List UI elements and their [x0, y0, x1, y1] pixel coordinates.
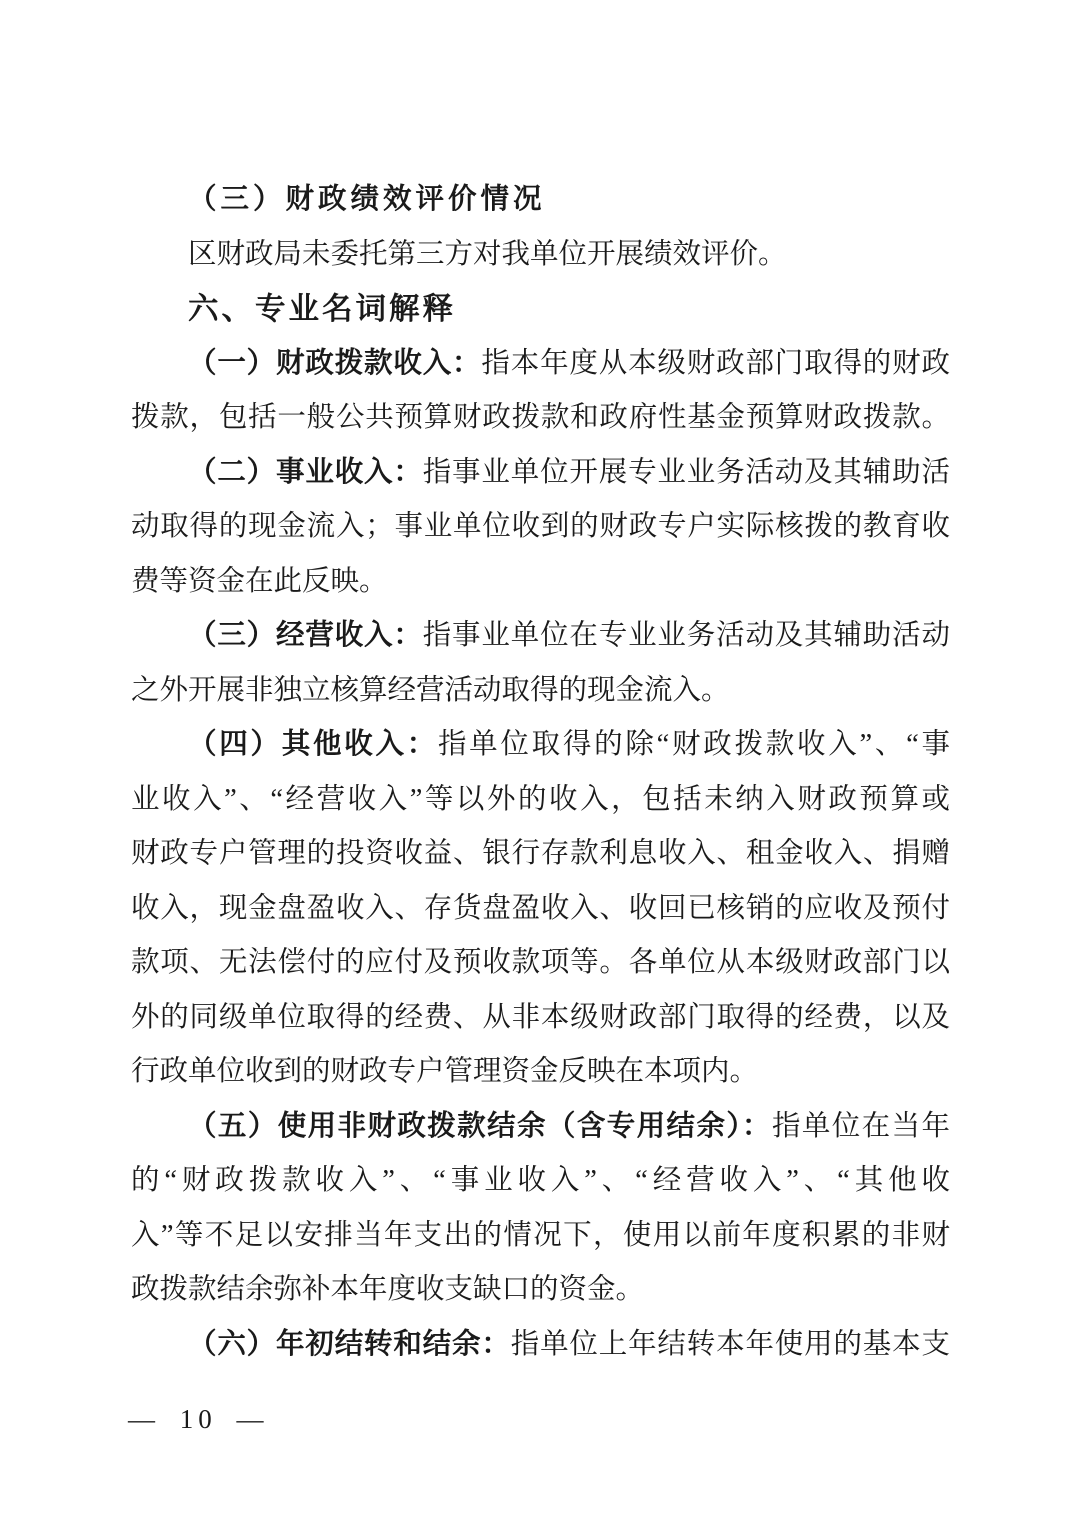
text-line: （五）使用非财政拨款结余（含专用结余）：指单位在当年 [131, 1100, 950, 1155]
document-page: （三）财政绩效评价情况区财政局未委托第三方对我单位开展绩效评价。六、专业名词解释… [0, 0, 1075, 1520]
text-line: 区财政局未委托第三方对我单位开展绩效评价。 [131, 228, 950, 283]
text-line: （二）事业收入：指事业单位开展专业业务活动及其辅助活 [131, 446, 950, 501]
definition-paragraph: （六）年初结转和结余：指单位上年结转本年使用的基本支 [131, 1318, 950, 1373]
text-line: 拨款，包括一般公共预算财政拨款和政府性基金预算财政拨款。 [131, 391, 950, 446]
text-run: 指单位上年结转本年使用的基本支 [511, 1329, 950, 1360]
text-line: （一）财政拨款收入：指本年度从本级财政部门取得的财政 [131, 337, 950, 392]
text-line: 六、专业名词解释 [131, 282, 950, 337]
text-run: 外的同级单位取得的经费、从非本级财政部门取得的经费，以及 [131, 1002, 950, 1033]
text-line: 费等资金在此反映。 [131, 555, 950, 610]
term-label: （三）经营收入： [188, 620, 423, 651]
text-line: 入”等不足以安排当年支出的情况下，使用以前年度积累的非财 [131, 1209, 950, 1264]
text-run: 之外开展非独立核算经营活动取得的现金流入。 [131, 675, 730, 706]
text-run: 指事业单位在专业业务活动及其辅助活动 [423, 620, 950, 651]
text-line: （四）其他收入：指单位取得的除“财政拨款收入”、“事 [131, 718, 950, 773]
section-subheading-performance-evaluation: （三）财政绩效评价情况 [131, 173, 950, 228]
text-line: 的“财政拨款收入”、“事业收入”、“经营收入”、“其他收 [131, 1154, 950, 1209]
term-label: （六）年初结转和结余： [188, 1329, 511, 1360]
page-number: — 10 — [128, 1404, 269, 1435]
term-label: （五）使用非财政拨款结余（含专用结余）： [188, 1111, 772, 1142]
term-label: （二）事业收入： [188, 457, 423, 488]
section-heading-glossary: 六、专业名词解释 [131, 282, 950, 337]
text-run: 区财政局未委托第三方对我单位开展绩效评价。 [188, 239, 787, 270]
definition-paragraph: （五）使用非财政拨款结余（含专用结余）：指单位在当年的“财政拨款收入”、“事业收… [131, 1100, 950, 1318]
text-run: 指事业单位开展专业业务活动及其辅助活 [423, 457, 950, 488]
text-run: 指单位取得的除“财政拨款收入”、“事 [438, 729, 950, 760]
text-line: 外的同级单位取得的经费、从非本级财政部门取得的经费，以及 [131, 991, 950, 1046]
definition-paragraph: （二）事业收入：指事业单位开展专业业务活动及其辅助活动取得的现金流入；事业单位收… [131, 446, 950, 610]
text-line: 收入，现金盘盈收入、存货盘盈收入、收回已核销的应收及预付 [131, 882, 950, 937]
text-line: （三）财政绩效评价情况 [131, 173, 950, 228]
text-run: 款项、无法偿付的应付及预收款项等。各单位从本级财政部门以 [131, 947, 950, 978]
term-label: （一）财政拨款收入： [188, 348, 481, 379]
text-run: 拨款，包括一般公共预算财政拨款和政府性基金预算财政拨款。 [131, 402, 950, 433]
text-line: 之外开展非独立核算经营活动取得的现金流入。 [131, 664, 950, 719]
body-paragraph: 区财政局未委托第三方对我单位开展绩效评价。 [131, 228, 950, 283]
definition-paragraph: （四）其他收入：指单位取得的除“财政拨款收入”、“事业收入”、“经营收入”等以外… [131, 718, 950, 1100]
term-label: （四）其他收入： [188, 729, 438, 760]
term-label: 六、专业名词解释 [188, 292, 456, 326]
text-run: 入”等不足以安排当年支出的情况下，使用以前年度积累的非财 [131, 1220, 950, 1251]
text-run: 指单位在当年 [772, 1111, 950, 1142]
text-run: 指本年度从本级财政部门取得的财政 [481, 348, 950, 379]
definition-paragraph: （三）经营收入：指事业单位在专业业务活动及其辅助活动之外开展非独立核算经营活动取… [131, 609, 950, 718]
text-line: 动取得的现金流入；事业单位收到的财政专户实际核拨的教育收 [131, 500, 950, 555]
text-run: 动取得的现金流入；事业单位收到的财政专户实际核拨的教育收 [131, 511, 950, 542]
text-line: 款项、无法偿付的应付及预收款项等。各单位从本级财政部门以 [131, 936, 950, 991]
text-run: 收入，现金盘盈收入、存货盘盈收入、收回已核销的应收及预付 [131, 893, 950, 924]
text-line: 业收入”、“经营收入”等以外的收入，包括未纳入财政预算或 [131, 773, 950, 828]
text-run: 财政专户管理的投资收益、银行存款利息收入、租金收入、捐赠 [131, 838, 950, 869]
text-run: 行政单位收到的财政专户管理资金反映在本项内。 [131, 1056, 758, 1087]
text-line: （六）年初结转和结余：指单位上年结转本年使用的基本支 [131, 1318, 950, 1373]
text-line: 财政专户管理的投资收益、银行存款利息收入、租金收入、捐赠 [131, 827, 950, 882]
text-run: 业收入”、“经营收入”等以外的收入，包括未纳入财政预算或 [131, 784, 950, 815]
text-line: 政拨款结余弥补本年度收支缺口的资金。 [131, 1263, 950, 1318]
text-line: （三）经营收入：指事业单位在专业业务活动及其辅助活动 [131, 609, 950, 664]
text-line: 行政单位收到的财政专户管理资金反映在本项内。 [131, 1045, 950, 1100]
text-run: 费等资金在此反映。 [131, 566, 388, 597]
text-run: 政拨款结余弥补本年度收支缺口的资金。 [131, 1274, 644, 1305]
text-run: 的“财政拨款收入”、“事业收入”、“经营收入”、“其他收 [131, 1165, 950, 1196]
text-block: （三）财政绩效评价情况区财政局未委托第三方对我单位开展绩效评价。六、专业名词解释… [131, 173, 950, 1372]
term-label: （三）财政绩效评价情况 [188, 184, 546, 215]
definition-paragraph: （一）财政拨款收入：指本年度从本级财政部门取得的财政拨款，包括一般公共预算财政拨… [131, 337, 950, 446]
